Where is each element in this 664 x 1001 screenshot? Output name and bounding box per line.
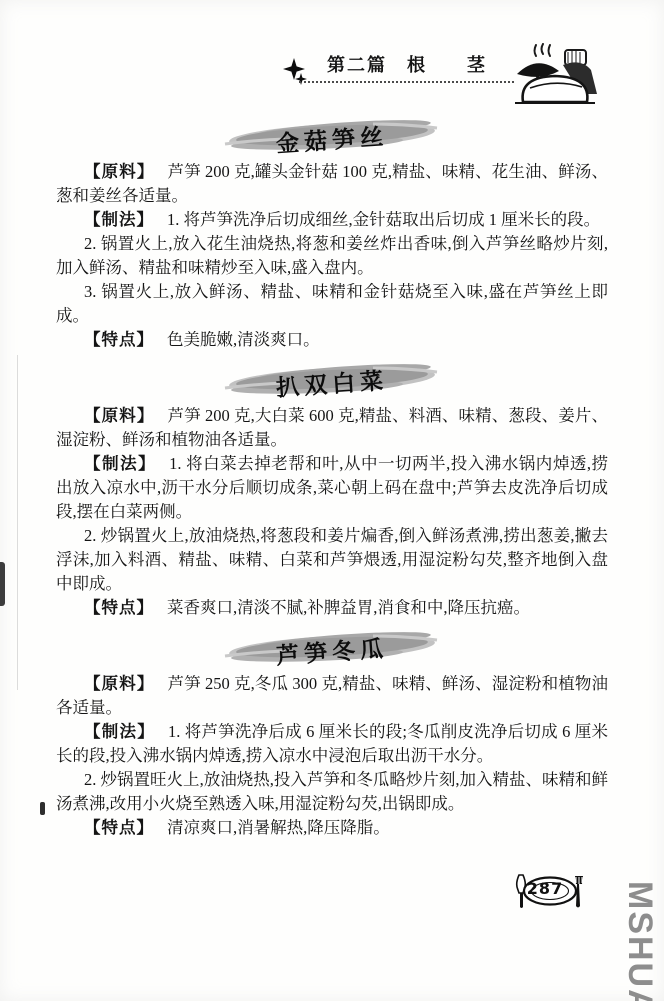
scan-artifact-mark [40, 802, 45, 815]
method-step-paragraph: 3. 锅置火上,放入鲜汤、精盐、味精和金针菇烧至入味,盛在芦笋丝上即成。 [56, 280, 608, 328]
cooking-pot-illustration [511, 43, 599, 112]
method-label: 【制法】 [84, 722, 155, 741]
ingredients-label: 【原料】 [84, 674, 154, 693]
book-page: 第二篇 根 茎 [0, 0, 664, 1001]
ingredients-label: 【原料】 [84, 162, 154, 181]
scan-artifact-mark [0, 562, 5, 606]
method-step-paragraph: 【制法】1. 将芦笋洗净后切成细丝,金针菇取出后切成 1 厘米长的段。 [56, 208, 608, 232]
features-label: 【特点】 [84, 818, 154, 837]
ingredients-paragraph: 【原料】芦笋 200 克,大白菜 600 克,精盐、料酒、味精、葱段、姜片、湿淀… [56, 404, 608, 452]
features-text: 菜香爽口,清淡不腻,补脾益胃,消食和中,降压抗癌。 [167, 598, 530, 617]
method-label: 【制法】 [84, 210, 154, 229]
watermark-text: MSHUA [621, 881, 659, 985]
method-step-paragraph: 【制法】1. 将白菜去掉老帮和叶,从中一切两半,投入沸水锅内焯透,捞出放入凉水中… [56, 452, 608, 524]
recipe-section-1: 金菇笋丝 【原料】芦笋 200 克,罐头金针菇 100 克,精盐、味精、花生油、… [56, 116, 608, 352]
page-number: 287 [524, 879, 566, 898]
recipe-section-2: 扒双白菜 【原料】芦笋 200 克,大白菜 600 克,精盐、料酒、味精、葱段、… [56, 360, 608, 620]
features-paragraph: 【特点】色美脆嫩,清淡爽口。 [56, 328, 608, 352]
method-step-paragraph: 【制法】1. 将芦笋洗净后成 6 厘米长的段;冬瓜削皮洗净后切成 6 厘米长的段… [56, 720, 608, 768]
features-label: 【特点】 [84, 598, 154, 617]
recipe-1-title-banner: 金菇笋丝 [223, 116, 441, 156]
features-paragraph: 【特点】菜香爽口,清淡不腻,补脾益胃,消食和中,降压抗癌。 [56, 596, 608, 620]
ingredients-paragraph: 【原料】芦笋 200 克,罐头金针菇 100 克,精盐、味精、花生油、鲜汤、葱和… [56, 160, 608, 208]
method-step-paragraph: 2. 炒锅置火上,放油烧热,将葱段和姜片煸香,倒入鲜汤煮沸,捞出葱姜,撇去浮沫,… [56, 524, 608, 596]
ingredients-label: 【原料】 [84, 406, 154, 425]
dotted-divider [299, 81, 514, 83]
method-step-text: 1. 将芦笋洗净后切成细丝,金针菇取出后切成 1 厘米长的段。 [167, 210, 600, 229]
method-step-paragraph: 2. 锅置火上,放入花生油烧热,将葱和姜丝炸出香味,倒入芦笋丝略炒片刻,加入鲜汤… [56, 232, 608, 280]
recipe-2-title-banner: 扒双白菜 [223, 360, 441, 400]
page-content: 金菇笋丝 【原料】芦笋 200 克,罐头金针菇 100 克,精盐、味精、花生油、… [56, 116, 608, 848]
scan-artifact-line [17, 355, 18, 690]
features-label: 【特点】 [84, 330, 154, 349]
features-paragraph: 【特点】清凉爽口,消暑解热,降压降脂。 [56, 816, 608, 840]
method-step-paragraph: 2. 炒锅置旺火上,放油烧热,投入芦笋和冬瓜略炒片刻,加入精盐、味精和鲜汤煮沸,… [56, 768, 608, 816]
recipe-3-title-banner: 芦笋冬瓜 [223, 628, 441, 668]
features-text: 清凉爽口,消暑解热,降压降脂。 [167, 818, 390, 837]
section-title: 第二篇 根 茎 [300, 51, 514, 77]
method-label: 【制法】 [84, 454, 156, 473]
features-text: 色美脆嫩,清淡爽口。 [167, 330, 320, 349]
recipe-section-3: 芦笋冬瓜 【原料】芦笋 250 克,冬瓜 300 克,精盐、味精、鲜汤、湿淀粉和… [56, 628, 608, 840]
ingredients-paragraph: 【原料】芦笋 250 克,冬瓜 300 克,精盐、味精、鲜汤、湿淀粉和植物油各适… [56, 672, 608, 720]
